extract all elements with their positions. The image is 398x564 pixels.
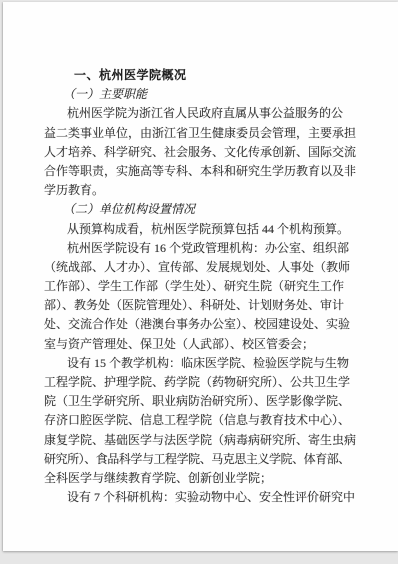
text-line: 部）、教务处（医院管理处）、科研处、计划财务处、审计 [44, 296, 366, 315]
text-line: 存济口腔医学院、信息工程学院（信息与教育技术中心）、 [44, 411, 366, 430]
subsection-heading: （二）单位机构设置情况 [44, 200, 366, 219]
text-line: 益二类事业单位，由浙江省卫生健康委员会管理，主要承担 [44, 124, 366, 143]
text-line: 设有 15 个教学机构：临床医学院、检验医学院与生物 [44, 354, 366, 373]
text-line: 从预算构成看，杭州医学院预算包括 44 个机构预算。 [44, 220, 366, 239]
text-line: 室与资产管理处、保卫处（人武部）、校区管委会； [44, 335, 366, 354]
document-page: 一、杭州医学院概况（一）主要职能杭州医学院为浙江省人民政府直属从事公益服务的公益… [3, 2, 398, 551]
text-line: 杭州医学院设有 16 个党政管理机构：办公室、组织部 [44, 239, 366, 258]
text-line: 学历教育。 [44, 181, 366, 200]
text-line: 设有 7 个科研机构：实验动物中心、安全性评价研究中 [44, 488, 366, 507]
text-line: 工程学院、护理学院、药学院（药物研究所）、公共卫生学 [44, 373, 366, 392]
text-line: 合作等职责，实施高等专科、本科和研究生学历教育以及非 [44, 162, 366, 181]
text-line: 院（卫生学研究所、职业病防治研究所）、医学影像学院、 [44, 392, 366, 411]
text-line: 处、交流合作处（港澳台事务办公室）、校园建设处、实验 [44, 315, 366, 334]
text-line: 人才培养、科学研究、社会服务、文化传承创新、国际交流 [44, 143, 366, 162]
document-body: 一、杭州医学院概况（一）主要职能杭州医学院为浙江省人民政府直属从事公益服务的公益… [44, 66, 366, 507]
subsection-heading: （一）主要职能 [44, 85, 366, 104]
text-line: 研究所）、食品科学与工程学院、马克思主义学院、体育部、 [44, 450, 366, 469]
text-line: 工作部）、学生工作部（学生处）、研究生院（研究生工作 [44, 277, 366, 296]
section-heading: 一、杭州医学院概况 [44, 66, 366, 85]
text-line: 全科医学与继续教育学院、创新创业学院； [44, 469, 366, 488]
text-line: 杭州医学院为浙江省人民政府直属从事公益服务的公 [44, 104, 366, 123]
text-line: 康复学院、基础医学与法医学院（病毒病研究所、寄生虫病 [44, 431, 366, 450]
text-line: （统战部、人才办）、宣传部、发展规划处、人事处（教师 [44, 258, 366, 277]
